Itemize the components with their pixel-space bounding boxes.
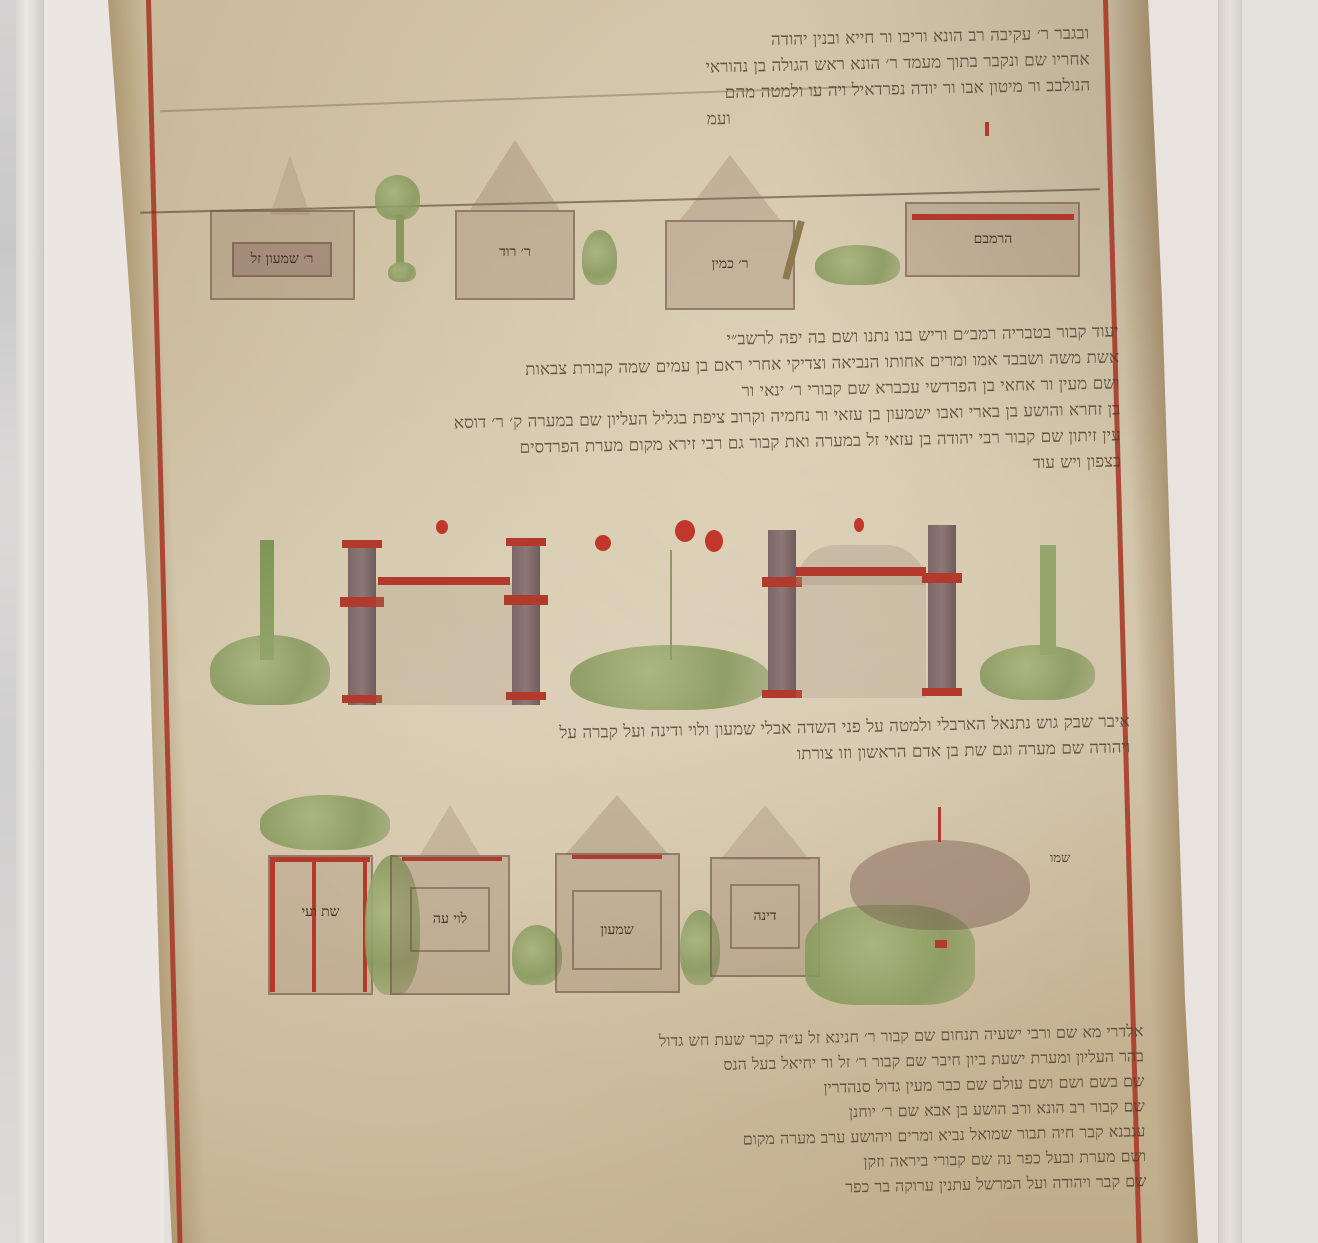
tomb-roof — [565, 795, 669, 855]
tomb-roof — [420, 805, 480, 855]
tomb-urn — [850, 840, 1030, 930]
pillar-band — [504, 595, 548, 605]
red-cornice — [796, 567, 926, 576]
tomb-plaque: דינה — [730, 884, 800, 949]
red-cornice — [912, 214, 1074, 220]
tomb-plaque: ר׳ שמעון זל — [232, 242, 332, 277]
parchment-scroll: ובגבר ר׳ עקיבה רב הונא וריבו ור חייא ובנ… — [0, 0, 1318, 1243]
tomb-plaque — [850, 840, 1030, 930]
shrub — [815, 245, 900, 285]
red-cornice — [572, 855, 662, 859]
tomb-plaque: לוי עה — [410, 887, 490, 952]
finial — [985, 122, 989, 136]
urn-base — [935, 940, 947, 948]
shrub — [582, 230, 617, 285]
tomb-roof — [270, 155, 310, 215]
pillar — [348, 545, 376, 705]
pillar — [928, 525, 956, 693]
flower-stem — [670, 550, 672, 660]
side-label: שמו — [1050, 850, 1070, 866]
tomb: לוי עה — [390, 855, 510, 995]
grass-mound — [980, 645, 1095, 700]
display-frame-left — [16, 0, 44, 1243]
pillar — [512, 543, 540, 705]
pillar-capital — [506, 538, 546, 546]
red-flower — [595, 535, 611, 551]
building-wall — [796, 573, 926, 698]
red-flower — [675, 520, 695, 542]
tomb: דינה — [710, 857, 820, 977]
red-flower — [705, 530, 723, 552]
palm-tree — [260, 540, 274, 660]
text-panel-top: ובגבר ר׳ עקיבה רב הונא וריבו ור חייא ובנ… — [169, 20, 1091, 143]
finial — [436, 520, 448, 534]
gallery-wall-left — [0, 0, 16, 1243]
pillar — [768, 530, 796, 695]
cactus-plant — [1040, 545, 1056, 655]
tomb-plaque: הרמבם — [912, 224, 1074, 254]
tomb: הרמבם — [905, 202, 1080, 277]
illustration-band-2 — [200, 505, 1100, 720]
tomb-roof — [470, 140, 560, 210]
tree-canopy — [375, 175, 420, 220]
display-frame-right — [1218, 0, 1242, 1243]
tomb: ר׳ כמין — [665, 220, 795, 310]
tomb: ר׳ שמעון זל — [210, 210, 355, 300]
red-doorframe — [270, 857, 370, 862]
tomb-plaque: ר׳ כמין — [672, 232, 788, 297]
tomb-plaque: ר׳ רוד — [462, 217, 568, 287]
illustration-band-1: ר׳ שמעון זל ר׳ רוד ר׳ כמין הרמבם — [200, 140, 1100, 320]
tomb-roof — [720, 805, 810, 860]
tomb: ר׳ רוד — [455, 210, 575, 300]
shrub — [388, 262, 416, 282]
tomb: שמעון — [555, 853, 680, 993]
tomb-plaque: שמעון — [572, 890, 662, 970]
finial — [854, 518, 864, 532]
pillar-base — [922, 688, 962, 696]
building-wall — [376, 583, 512, 705]
pillar-base — [506, 692, 546, 700]
tomb: שת ועי — [268, 855, 373, 995]
text-panel-bottom: אלדרי מא שם ורבי ישעיה תנחום שם קבור ר׳ … — [203, 1018, 1146, 1213]
red-doorframe — [270, 857, 275, 992]
tomb-roof — [680, 155, 780, 220]
pillar-capital — [342, 540, 382, 548]
tomb-plaque: שת ועי — [278, 897, 363, 927]
text-panel-middle: יעוד קבור בטבריה רמב״ם וריש בנו נתנו ושם… — [198, 318, 1121, 493]
finial — [938, 807, 941, 842]
pillar-band — [922, 573, 962, 583]
gallery-wall-right — [1242, 0, 1318, 1243]
red-cornice — [378, 577, 510, 585]
red-cornice — [402, 857, 502, 861]
foliage-canopy — [260, 795, 390, 850]
illustration-band-3: שת ועי לוי עה שמעון דינה שמו — [250, 795, 1150, 1010]
